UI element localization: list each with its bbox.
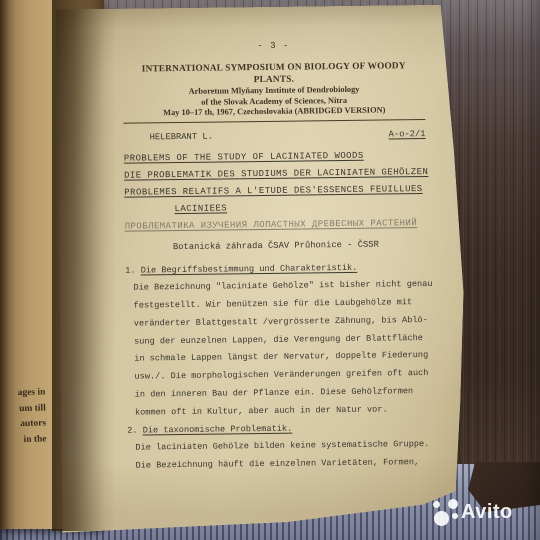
paper-code: A-o-2/1 xyxy=(389,128,426,138)
affiliation: Botanická záhrada ČSAV Průhonice - ČSSR xyxy=(125,238,427,252)
document-page: - 3 - INTERNATIONAL SYMPOSIUM ON BIOLOGY… xyxy=(56,4,472,532)
body-line: kommen oft in Kultur, aber auch in der N… xyxy=(127,401,429,422)
avito-logo-icon xyxy=(434,511,449,526)
avito-logo-icon xyxy=(433,501,440,508)
header-rule xyxy=(123,119,425,124)
left-page-line: ages in xyxy=(0,385,46,402)
title-russian: ПРОБЛЕМАТИКА ИЗУЧЕНИЯ ЛОПАСТНЫХ ДРЕВЕСНЫ… xyxy=(125,214,427,235)
left-page-line: um till xyxy=(0,401,46,418)
section-2-heading-text: Die taxonomische Problematik. xyxy=(143,423,293,435)
left-page-line: autors xyxy=(0,416,46,433)
book-photo: ages in um till autors in the - 3 - INTE… xyxy=(0,0,540,540)
avito-watermark-text: Avito xyxy=(461,501,513,524)
left-page-text-fragments: ages in um till autors in the xyxy=(0,385,47,448)
symposium-header: INTERNATIONAL SYMPOSIUM ON BIOLOGY OF WO… xyxy=(123,61,426,123)
page-content: - 3 - INTERNATIONAL SYMPOSIUM ON BIOLOGY… xyxy=(122,39,429,476)
avito-logo-icon xyxy=(452,513,458,519)
symposium-date: May 10–17 th, 1967, Czechoslovakia (ABRI… xyxy=(123,105,425,119)
left-page-line: in the xyxy=(0,432,46,449)
body-text: 1. Die Begriffsbestimmung und Charakteri… xyxy=(125,258,430,475)
section-1-heading-text: Die Begriffsbestimmung und Charakteristi… xyxy=(141,262,358,275)
body-line: Die Bezeichnung häuft die einzelnen Vari… xyxy=(127,454,429,475)
author-name: HELEBRANT L. xyxy=(150,131,213,142)
avito-logo-icon xyxy=(448,499,458,509)
paper-titles: PROBLEMS OF THE STUDY OF LACINIATED WOOD… xyxy=(124,146,427,235)
section-2-number: 2. xyxy=(127,425,137,435)
author-row: HELEBRANT L. A-o-2/1 xyxy=(124,128,426,142)
section-1-number: 1. xyxy=(125,265,135,275)
